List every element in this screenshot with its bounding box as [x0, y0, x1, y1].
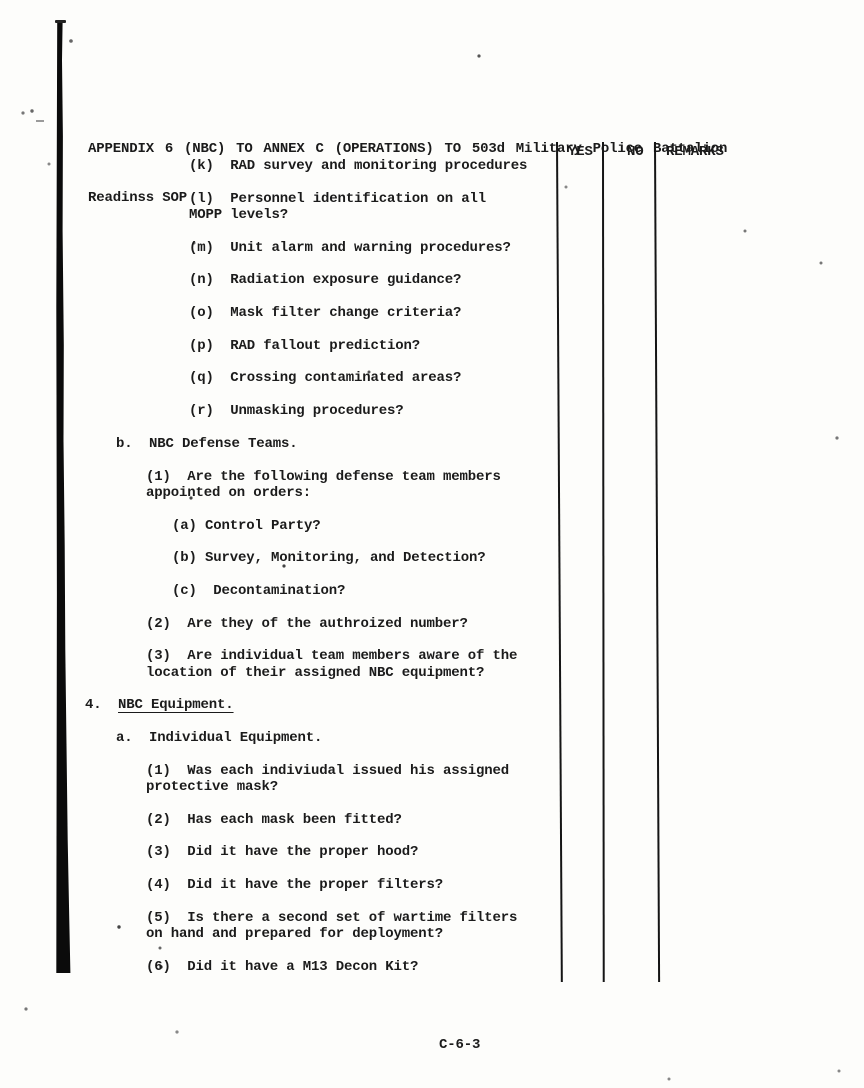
checklist-item: (1) Was each indiviudal issued his assig… [0, 763, 760, 796]
checklist-item: (o) Mask filter change criteria? [0, 305, 760, 321]
scan-noise-specks [0, 0, 2, 2]
scan-noise-dash [36, 120, 44, 122]
scanned-document-page: APPENDIX 6 (NBC) TO ANNEX C (OPERATIONS)… [0, 0, 864, 1088]
checklist-item: (4) Did it have the proper filters? [0, 877, 760, 893]
checklist-body: (k) RAD survey and monitoring procedures… [0, 158, 760, 992]
binding-bar-top-tick [55, 20, 66, 23]
checklist-item: (m) Unit alarm and warning procedures? [0, 240, 760, 256]
checklist-item: (n) Radiation exposure guidance? [0, 272, 760, 288]
checklist-item: (k) RAD survey and monitoring procedures [0, 158, 760, 174]
checklist-item: (1) Are the following defense team membe… [0, 469, 760, 502]
checklist-item: (3) Are individual team members aware of… [0, 648, 760, 681]
checklist-item: 4. NBC Equipment. [0, 697, 760, 713]
checklist-item: (2) Has each mask been fitted? [0, 812, 760, 828]
checklist-item: (a) Control Party? [0, 518, 760, 534]
checklist-item: (q) Crossing contaminated areas? [0, 370, 760, 386]
checklist-item: (c) Decontamination? [0, 583, 760, 599]
checklist-item: b. NBC Defense Teams. [0, 436, 760, 452]
footer-page-number: C-6-3 [439, 1037, 480, 1053]
checklist-item: (3) Did it have the proper hood? [0, 844, 760, 860]
checklist-item: (l) Personnel identification on all MOPP… [0, 191, 760, 224]
checklist-item: (r) Unmasking procedures? [0, 403, 760, 419]
underlined-heading: NBC Equipment. [118, 697, 234, 713]
checklist-item: (5) Is there a second set of wartime fil… [0, 910, 760, 943]
checklist-item: a. Individual Equipment. [0, 730, 760, 746]
checklist-item: (2) Are they of the authroized number? [0, 616, 760, 632]
checklist-item: (6) Did it have a M13 Decon Kit? [0, 959, 760, 975]
checklist-item: (b) Survey, Monitoring, and Detection? [0, 550, 760, 566]
checklist-item: (p) RAD fallout prediction? [0, 338, 760, 354]
